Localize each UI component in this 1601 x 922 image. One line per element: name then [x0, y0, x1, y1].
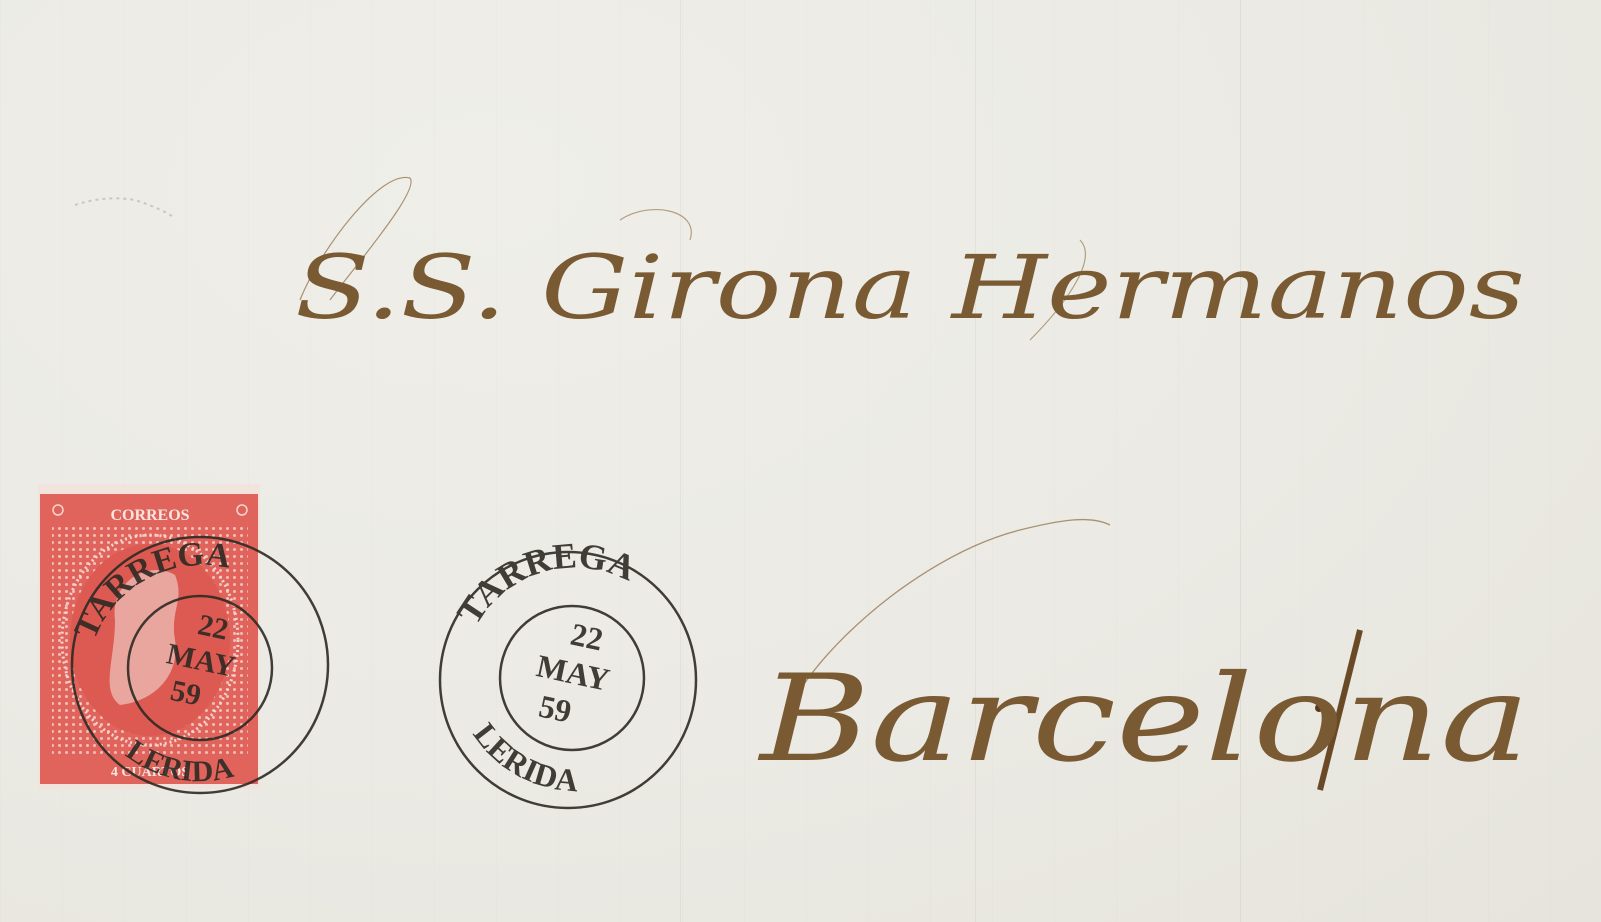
postmark-2-year: 59 — [536, 688, 575, 730]
address-line-1: S.S. Girona Hermanos — [295, 177, 1525, 340]
address-line-2-text: Barcelona — [757, 650, 1530, 789]
address-line-2: Barcelona — [757, 520, 1530, 790]
postmark-2-day: 22 — [568, 616, 607, 658]
paper-smudge — [75, 198, 175, 218]
postmark-2: TARREGA LERIDA 22 MAY 59 — [440, 535, 696, 808]
svg-text:TARREGA: TARREGA — [449, 535, 642, 631]
postmark-2-town: TARREGA — [449, 535, 642, 631]
postal-cover: S.S. Girona Hermanos Barcelona CORREOS 4… — [0, 0, 1601, 922]
stamp-top-label: CORREOS — [110, 507, 189, 524]
address-line-1-text: S.S. Girona Hermanos — [295, 236, 1525, 339]
cover-artwork: S.S. Girona Hermanos Barcelona CORREOS 4… — [0, 0, 1601, 922]
